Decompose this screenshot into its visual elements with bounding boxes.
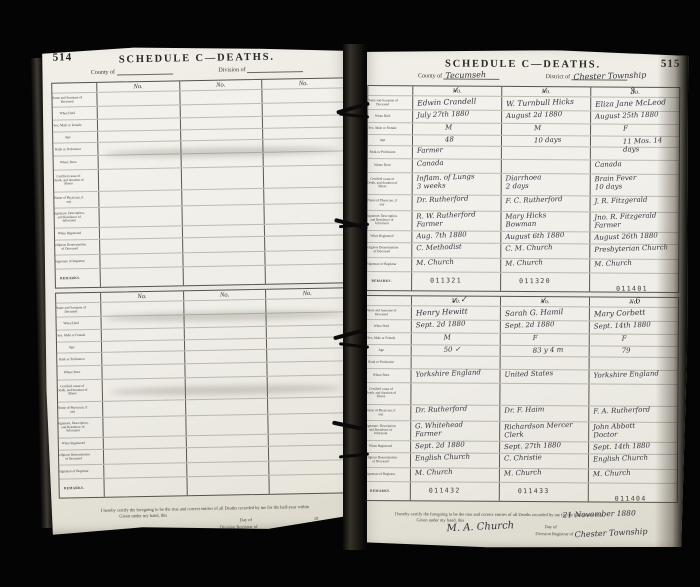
row-label: Name of Physician, if any bbox=[368, 199, 399, 207]
row-label: Religious Denomination of Deceased bbox=[367, 246, 398, 254]
form-cell bbox=[101, 267, 184, 287]
form-cell: F bbox=[591, 124, 679, 136]
form-cell bbox=[500, 384, 589, 406]
row-label-cell: Name and Surname of Deceased bbox=[56, 303, 101, 317]
handwritten-entry: August 6th 1880 bbox=[505, 232, 564, 242]
spine-stitch bbox=[339, 112, 369, 118]
form-cell bbox=[269, 445, 351, 460]
handwritten-entry: Yorkshire England bbox=[415, 369, 481, 379]
row-label-cell: Signature of Registrar bbox=[55, 255, 100, 269]
form-cell bbox=[102, 328, 185, 341]
form-cell: C. M. Church bbox=[501, 244, 590, 259]
row-label-cell: Sex, Male or Female bbox=[368, 123, 413, 134]
handwritten-entry: Eliza Jane McLeod bbox=[595, 98, 666, 109]
form-cell: 79 bbox=[590, 346, 678, 357]
county-label: County of bbox=[418, 73, 442, 79]
handwritten-entry: J. R. Fitzgerald bbox=[594, 197, 647, 207]
form-cell: 83 y 4 m bbox=[501, 346, 590, 357]
page-header-right: 515 SCHEDULE C—DEATHS. County of Tecumse… bbox=[356, 49, 689, 87]
form-row-name: Name and Surname of DeceasedHenry Hewitt… bbox=[367, 305, 678, 321]
form-cell: No. bbox=[263, 78, 345, 88]
row-label-cell: Certified cause of Death, and duration o… bbox=[366, 383, 411, 404]
row-label: Where Born bbox=[366, 374, 397, 378]
page-title: SCHEDULE C—DEATHS. bbox=[356, 49, 689, 71]
form-cell: No. bbox=[101, 291, 184, 302]
stub-header-cell bbox=[52, 83, 97, 93]
form-cell: M bbox=[413, 123, 502, 135]
form-cell: No. bbox=[184, 290, 267, 301]
stub-header-cell bbox=[368, 86, 413, 95]
registrar-of-label: Division Registrar of bbox=[535, 531, 573, 536]
year-prefix: 18 bbox=[314, 516, 319, 521]
form-cell: M bbox=[412, 333, 501, 345]
form-cell: No.✓ bbox=[502, 87, 591, 97]
register-page-right: 515 SCHEDULE C—DEATHS. County of Tecumse… bbox=[353, 49, 689, 551]
form-cell: Brain Fever 10 days bbox=[591, 174, 679, 196]
handwritten-entry: Henry Hewitt bbox=[416, 308, 468, 318]
handwritten-entry: M bbox=[443, 334, 450, 342]
form-cell bbox=[183, 252, 266, 267]
row-label: Sex, Male or Female bbox=[368, 127, 399, 131]
form-cell bbox=[265, 223, 347, 235]
form-cell: No.✓ ✓ bbox=[412, 296, 501, 306]
form-row-remarks: REMARKS.011432011433011404 bbox=[366, 481, 677, 502]
form-cell: No.3 bbox=[591, 87, 679, 97]
row-label-cell: Where Born bbox=[57, 366, 102, 380]
handwritten-entry: F bbox=[621, 336, 626, 344]
form-cell bbox=[263, 102, 345, 115]
row-label-cell: When Registered bbox=[59, 438, 104, 450]
form-cell bbox=[100, 226, 183, 239]
row-label-cell: Name and Surname of Deceased bbox=[368, 96, 413, 109]
form-cell: Yorkshire England bbox=[411, 369, 500, 383]
county-label: County of bbox=[91, 70, 115, 76]
form-cell: Henry Hewitt bbox=[412, 306, 501, 320]
form-cell bbox=[186, 435, 269, 448]
row-label-cell: Rank or Profession bbox=[368, 146, 413, 158]
spine-stitch bbox=[339, 342, 369, 349]
form-cell: No.✓ bbox=[501, 297, 590, 307]
row-label-cell: Certified cause of Death, and duration o… bbox=[58, 380, 103, 402]
row-label: Sex, Male or Female bbox=[57, 334, 88, 338]
page-number: 515 bbox=[661, 58, 681, 70]
row-label: Name of Physician, if any bbox=[54, 196, 85, 204]
form-row-cause: Certified cause of Death, and duration o… bbox=[366, 382, 677, 406]
form-cell: F bbox=[501, 334, 590, 346]
stamp-number: 011404 bbox=[615, 495, 647, 503]
form-row-informant: Signature, Description, and Residence of… bbox=[366, 420, 677, 442]
row-label-cell: Signature, Description, and Residence of… bbox=[367, 211, 412, 230]
form-cell: 50 ✓ bbox=[412, 345, 501, 356]
row-label: When Died bbox=[57, 321, 88, 325]
form-cell: No. bbox=[266, 288, 348, 298]
form-row-registered: When RegisteredAug. 7th 1880August 6th 1… bbox=[367, 230, 678, 244]
handwritten-entry: English Church bbox=[593, 455, 648, 465]
row-label: When Died bbox=[368, 114, 399, 118]
page-number: 514 bbox=[53, 51, 73, 63]
form-cell: Eliza Jane McLeod bbox=[591, 97, 679, 111]
row-label-cell: Rank or Profession bbox=[367, 356, 412, 368]
row-label: When Registered bbox=[55, 232, 86, 236]
form-cell bbox=[263, 127, 345, 138]
handwritten-entry: Presbyterian Church bbox=[594, 244, 668, 254]
form-cell bbox=[104, 463, 187, 478]
handwritten-entry: M bbox=[445, 124, 452, 132]
handwritten-entry: Dr. Rutherford bbox=[415, 406, 467, 416]
handwritten-entry: Inflam. of Lungs 3 weeks bbox=[416, 174, 475, 192]
row-label: Signature, Description, and Residence of… bbox=[367, 215, 398, 226]
form-cell bbox=[187, 462, 270, 477]
form-cell bbox=[264, 165, 346, 187]
form-cell: Sarah G. Hamil bbox=[501, 307, 590, 321]
row-label: Religious Denomination of Deceased bbox=[59, 453, 90, 461]
row-label-cell: When Died bbox=[367, 320, 412, 332]
handwritten-entry: Yorkshire England bbox=[593, 370, 659, 380]
row-label-cell: Signature of Registrar bbox=[367, 258, 412, 271]
form-cell: Canada bbox=[591, 160, 679, 174]
row-label: Rank or Profession bbox=[367, 360, 398, 364]
form-cell bbox=[98, 105, 181, 119]
row-label-cell: Religious Denomination of Deceased bbox=[366, 453, 411, 467]
form-cell bbox=[185, 350, 268, 364]
form-cell: August 6th 1880 bbox=[501, 232, 590, 244]
handwritten-entry: 83 y 4 m bbox=[532, 347, 563, 356]
form-cell: F. C. Rutherford bbox=[502, 196, 591, 212]
row-label-cell: Where Born bbox=[366, 369, 411, 382]
row-label: Name and Surname of Deceased bbox=[367, 309, 398, 317]
row-label: Age bbox=[57, 345, 88, 349]
row-label: When Registered bbox=[59, 442, 90, 446]
form-row-religion: Religious Denomination of DeceasedEnglis… bbox=[366, 452, 677, 469]
form-cell bbox=[104, 477, 187, 497]
pen-mark: ✓ bbox=[540, 86, 548, 96]
row-label: Signature, Description, and Residence of… bbox=[55, 212, 86, 224]
row-label-cell: Certified cause of Death, and duration o… bbox=[54, 170, 99, 192]
form-cell: August 25th 1880 bbox=[591, 111, 679, 124]
column-no-header: No. bbox=[101, 291, 183, 300]
form-cell bbox=[590, 357, 678, 370]
form-cell bbox=[501, 357, 590, 370]
row-label: Certified cause of Death, and duration o… bbox=[368, 178, 399, 189]
handwritten-entry: M. Church bbox=[415, 469, 453, 478]
handwritten-entry: C. Christie bbox=[504, 454, 542, 463]
row-label-cell: Name and Surname of Deceased bbox=[52, 93, 97, 107]
row-label-cell: Age bbox=[53, 132, 98, 143]
day-of-label: Day of bbox=[240, 517, 252, 522]
form-cell bbox=[183, 237, 266, 253]
form-row-died: When DiedSept. 2d 1880Sept. 2d 1880Sept.… bbox=[367, 319, 678, 334]
division-label: Division of bbox=[218, 67, 245, 73]
stamp-number: 011433 bbox=[517, 487, 549, 495]
district-handwritten-value: Chester Township bbox=[574, 70, 647, 81]
county-district-line: County of Tecumseh District of Chester T… bbox=[356, 71, 689, 83]
row-label-cell: Name of Physician, if any bbox=[368, 195, 413, 210]
row-label: REMARKS. bbox=[59, 486, 90, 490]
stamp-number: 011432 bbox=[428, 486, 460, 494]
form-cell: M bbox=[502, 124, 591, 136]
form-cell bbox=[502, 160, 591, 174]
form-block-top: No.No.No.Name and Surname of DeceasedWhe… bbox=[51, 77, 349, 288]
row-label-cell: Signature, Description, and Residence of… bbox=[58, 418, 103, 438]
form-cell bbox=[270, 474, 352, 493]
handwritten-entry: F. C. Rutherford bbox=[505, 196, 562, 206]
form-cell bbox=[263, 88, 345, 102]
handwritten-entry: John Abbott Doctor bbox=[593, 423, 636, 440]
row-label: Sex, Male or Female bbox=[367, 337, 398, 341]
form-cell: Dr. Rutherford bbox=[411, 405, 500, 421]
row-label-cell: REMARKS. bbox=[56, 269, 101, 288]
form-cell: 011432 bbox=[411, 482, 500, 501]
form-cell: F. A. Rutherford bbox=[589, 406, 677, 422]
form-cell bbox=[104, 448, 187, 464]
form-cell bbox=[185, 339, 268, 351]
handwritten-entry: Canada bbox=[595, 161, 622, 170]
row-label-cell: Rank or Profession bbox=[53, 143, 98, 156]
row-label-cell: When Died bbox=[57, 317, 102, 330]
stamp-number: 011320 bbox=[519, 277, 551, 285]
division-blank bbox=[247, 64, 303, 73]
form-cell bbox=[99, 190, 182, 207]
handwritten-entry: M. Church bbox=[416, 259, 454, 268]
handwritten-entry: G. Whitehead Farmer bbox=[415, 422, 464, 439]
form-cell: Sept. 14th 1880 bbox=[589, 442, 677, 454]
handwritten-entry: C. M. Church bbox=[505, 244, 553, 254]
row-label-cell: Religious Denomination of Deceased bbox=[55, 240, 100, 255]
county-handwritten-value: Tecumseh bbox=[446, 70, 487, 80]
form-cell: M. Church bbox=[500, 469, 589, 483]
row-label: Signature of Registrar bbox=[55, 260, 86, 264]
form-cell: 011404 bbox=[589, 483, 677, 502]
handwritten-entry: M. Church bbox=[594, 260, 632, 269]
form-cell bbox=[589, 384, 677, 406]
form-cell: United States bbox=[500, 370, 589, 384]
row-label-cell: Name of Physician, if any bbox=[54, 192, 99, 208]
book-spine bbox=[343, 44, 367, 550]
form-cell bbox=[187, 447, 270, 463]
form-cell: 10 days bbox=[502, 136, 591, 147]
row-label-cell: Age bbox=[57, 342, 102, 353]
form-row-physician: Name of Physician, if anyDr. RutherfordD… bbox=[366, 404, 677, 422]
row-label-cell: Age bbox=[367, 345, 412, 355]
row-label-cell: REMARKS. bbox=[367, 272, 412, 290]
stamp-number: 011321 bbox=[430, 276, 462, 284]
page-footer-right: I hereby certify the foregoing to be the… bbox=[367, 511, 672, 557]
handwritten-entry: Sarah G. Hamil bbox=[505, 308, 564, 318]
form-cell bbox=[102, 364, 185, 379]
row-label: Where Born bbox=[54, 161, 85, 165]
row-label-cell: Signature of Registrar bbox=[366, 468, 411, 481]
form-cell: 48 bbox=[413, 135, 502, 146]
form-row-age: Age50 ✓83 y 4 m79 bbox=[367, 344, 678, 357]
handwritten-entry: M. Church bbox=[593, 470, 631, 479]
form-cell bbox=[98, 118, 181, 131]
form-cell bbox=[100, 253, 183, 268]
form-row-age: Age4810 days11 Mos. 14 days bbox=[368, 134, 679, 147]
row-label: Certified cause of Death, and duration o… bbox=[54, 175, 85, 187]
row-label: When Registered bbox=[367, 235, 398, 239]
form-cell: John Abbott Doctor bbox=[589, 422, 677, 442]
row-label-cell: Sex, Male or Female bbox=[367, 333, 412, 344]
form-cell bbox=[181, 129, 264, 141]
column-no-header: No. bbox=[180, 80, 262, 89]
form-header-row: No.✓No.✓No.3 bbox=[368, 86, 679, 97]
row-label: Certified cause of Death, and duration o… bbox=[58, 385, 89, 397]
form-block-top: No.✓No.✓No.3Name and Surname of Deceased… bbox=[366, 85, 680, 293]
spine-stitch bbox=[339, 452, 369, 458]
form-cell: Farmer bbox=[413, 146, 502, 159]
row-label-cell: Sex, Male or Female bbox=[57, 330, 102, 342]
form-cell: R. W. Rutherford Farmer bbox=[412, 211, 501, 231]
county-blank bbox=[116, 66, 172, 75]
handwritten-entry: United States bbox=[504, 370, 553, 380]
handwritten-entry: F bbox=[623, 126, 628, 134]
form-row-cause: Certified cause of Death, and duration o… bbox=[368, 172, 679, 196]
form-cell: Sept. 14th 1880 bbox=[590, 321, 678, 334]
row-label-cell: Certified cause of Death, and duration o… bbox=[368, 173, 413, 194]
form-cell bbox=[186, 415, 269, 436]
district-blank: Chester Township bbox=[572, 72, 628, 80]
form-cell: Mary Corbett bbox=[590, 307, 678, 321]
register-page-left: 514 SCHEDULE C—DEATHS. County of Divisio… bbox=[40, 41, 363, 537]
form-cell bbox=[268, 397, 350, 413]
row-label: REMARKS. bbox=[367, 279, 398, 283]
form-cell bbox=[186, 399, 269, 416]
form-cell bbox=[412, 356, 501, 369]
handwritten-entry: R. W. Rutherford Farmer bbox=[416, 211, 476, 229]
form-row-registrar: Signature of RegistrarM. ChurchM. Church… bbox=[367, 257, 678, 273]
row-label: Signature of Registrar bbox=[367, 263, 398, 267]
form-row-name: Name and Surname of DeceasedEdwin Crande… bbox=[368, 95, 679, 111]
handwritten-entry: Sept. 14th 1880 bbox=[594, 322, 651, 332]
handwritten-entry: Canada bbox=[417, 160, 444, 169]
form-cell bbox=[265, 235, 347, 250]
row-label: Where Born bbox=[57, 371, 88, 375]
form-cell bbox=[183, 225, 266, 238]
form-cell bbox=[180, 104, 263, 118]
row-label-cell: When Registered bbox=[367, 231, 412, 242]
form-cell: J. R. Fitzgerald bbox=[591, 196, 679, 212]
form-cell: W. Turnbull Hicks bbox=[502, 97, 591, 111]
form-cell: Richardson Mercer Clerk bbox=[500, 422, 589, 442]
page-header-left: 514 SCHEDULE C—DEATHS. County of Divisio… bbox=[40, 41, 355, 83]
row-label: Religious Denomination of Deceased bbox=[55, 243, 86, 251]
form-cell bbox=[99, 168, 182, 191]
form-cell: Dr. Rutherford bbox=[413, 195, 502, 211]
handwritten-entry: Richardson Mercer Clerk bbox=[504, 422, 573, 440]
footer-date-handwritten: 21 November 1880 bbox=[563, 508, 636, 519]
row-label: Name of Physician, if any bbox=[366, 409, 397, 417]
form-row-born: Where BornCanadaCanada bbox=[368, 158, 679, 174]
handwritten-entry: Sept. 2d 1880 bbox=[415, 442, 465, 452]
form-cell bbox=[98, 130, 181, 142]
row-label-cell: Rank or Profession bbox=[57, 353, 102, 366]
form-cell bbox=[266, 264, 348, 283]
form-cell bbox=[180, 90, 263, 105]
form-cell: Jno. R. Fitzgerald Farmer bbox=[590, 212, 678, 232]
form-cell bbox=[269, 433, 351, 445]
form-cell: F bbox=[590, 334, 678, 346]
handwritten-entry: Brain Fever 10 days bbox=[594, 175, 636, 192]
form-cell: Inflam. of Lungs 3 weeks bbox=[413, 173, 502, 195]
form-cell: Sept. 2d 1880 bbox=[412, 320, 501, 333]
handwritten-entry: M. Church bbox=[505, 259, 543, 268]
form-cell: English Church bbox=[411, 453, 500, 468]
handwritten-entry: Sept. 14th 1880 bbox=[593, 443, 650, 453]
row-label: Name and Surname of Deceased bbox=[52, 96, 83, 104]
row-label-cell: Religious Denomination of Deceased bbox=[59, 450, 104, 465]
handwritten-entry: Mary Hicks Bowman bbox=[505, 212, 547, 229]
row-label-cell: When Died bbox=[368, 110, 413, 122]
registrar-of-handwritten: Chester Township bbox=[575, 527, 648, 539]
form-cell bbox=[268, 361, 350, 375]
form-row-registrar: Signature of RegistrarM. ChurchM. Church… bbox=[366, 467, 677, 483]
form-cell: M. Church bbox=[412, 258, 501, 272]
handwritten-entry: August 25th 1880 bbox=[595, 112, 659, 122]
row-label: REMARKS. bbox=[366, 489, 397, 493]
handwritten-entry: Sept. 2d 1880 bbox=[416, 321, 466, 331]
handwritten-entry: Diarrhoea 2 days bbox=[505, 174, 541, 191]
row-label-cell: Age bbox=[368, 135, 413, 145]
row-label-cell: Signature, Description, and Residence of… bbox=[55, 208, 100, 228]
row-label-cell: Name of Physician, if any bbox=[58, 402, 103, 418]
row-label: Rank or Profession bbox=[57, 357, 88, 361]
handwritten-entry: Sept. 2d 1880 bbox=[505, 321, 555, 331]
form-row-rank: Rank or Profession bbox=[367, 355, 678, 370]
form-cell bbox=[181, 117, 264, 130]
row-label-cell: When Registered bbox=[55, 228, 100, 240]
form-cell bbox=[184, 327, 267, 340]
row-label-cell: Religious Denomination of Deceased bbox=[367, 243, 412, 257]
row-label: When Registered bbox=[366, 445, 397, 449]
handwritten-entry: M. Church bbox=[504, 469, 542, 478]
row-label: REMARKS. bbox=[56, 276, 87, 280]
form-cell bbox=[104, 436, 187, 449]
handwritten-entry: W. Turnbull Hicks bbox=[506, 98, 574, 109]
row-label: Name and Surname of Deceased bbox=[56, 306, 87, 314]
form-cell bbox=[182, 189, 265, 206]
handwritten-entry: Dr. F. Haim bbox=[504, 406, 544, 415]
registrar-of-label: Division Registrar of bbox=[220, 524, 258, 530]
form-cell: No. bbox=[180, 80, 263, 91]
form-cell bbox=[103, 416, 186, 437]
row-label: Religious Denomination of Deceased bbox=[366, 456, 397, 464]
form-cell: 011401 bbox=[590, 273, 678, 292]
form-row-died: When DiedJuly 27th 1880August 2d 1880Aug… bbox=[368, 109, 679, 124]
handwritten-entry: 10 days bbox=[534, 137, 562, 146]
form-cell: Dr. F. Haim bbox=[500, 406, 589, 422]
handwritten-entry: Aug. 7th 1880 bbox=[416, 232, 467, 242]
handwritten-entry: July 27th 1880 bbox=[417, 111, 469, 121]
form-cell bbox=[265, 187, 347, 203]
column-no-header: No. bbox=[97, 81, 179, 90]
form-row-registered: When RegisteredSept. 2d 1880Sept. 27th 1… bbox=[366, 440, 677, 454]
pen-mark: ✓ bbox=[539, 296, 547, 306]
column-no-header: No. bbox=[263, 78, 345, 87]
form-cell: M. Church bbox=[590, 259, 678, 273]
form-cell: Sept. 2d 1880 bbox=[411, 441, 500, 453]
row-label-cell: Sex, Male or Female bbox=[53, 120, 98, 132]
form-cell: C. Christie bbox=[500, 454, 589, 469]
form-cell: 011321 bbox=[412, 272, 501, 291]
handwritten-entry: Dr. Rutherford bbox=[416, 196, 468, 206]
registrar-signature: M. A. Church bbox=[447, 520, 515, 534]
form-cell bbox=[102, 351, 185, 365]
form-cell bbox=[102, 340, 185, 352]
stub-header-cell bbox=[56, 293, 101, 303]
form-cell: No.✓ bbox=[413, 86, 502, 96]
row-label-cell: When Died bbox=[53, 107, 98, 120]
form-cell: Mary Hicks Bowman bbox=[501, 212, 590, 232]
